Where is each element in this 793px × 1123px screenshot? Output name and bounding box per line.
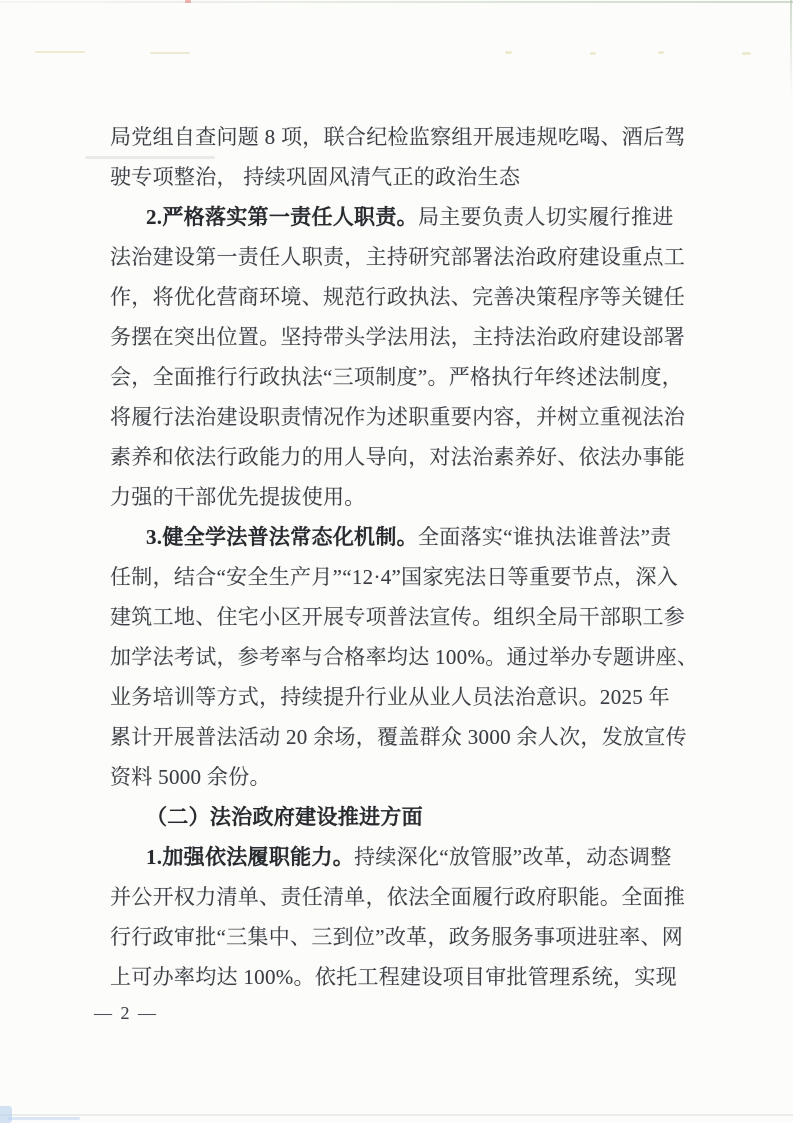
text-line: 务摆在突出位置。坚持带头学法用法，主持法治政府建设部署 [110,317,688,357]
scan-artifact-smudge [658,51,664,54]
text-line: 力强的干部优先提拔使用。 [110,477,688,517]
section-heading: （二）法治政府建设推进方面 [110,797,688,837]
text-line: 并公开权力清单、责任清单，依法全面履行政府职能。全面推 [110,877,688,917]
text-line: 资料 5000 余份。 [110,757,688,797]
scan-artifact-smudge [742,52,751,55]
line-regular-text: 资料 5000 余份。 [110,765,271,789]
paragraph-start-line: 1.加强依法履职能力。持续深化“放管服”改革，动态调整 [110,837,688,877]
line-regular-text: 建筑工地、住宅小区开展专项普法宣传。组织全局干部职工参 [110,605,685,629]
line-regular-text: 行行政审批“三集中、三到位”改革，政务服务事项进驻率、网 [110,925,683,949]
text-line: 上可办率均达 100%。依托工程建设项目审批管理系统，实现 [110,957,688,997]
scan-artifact-smudge [505,51,512,54]
line-bold-text: （二）法治政府建设推进方面 [146,805,423,829]
text-line: 行行政审批“三集中、三到位”改革，政务服务事项进驻率、网 [110,917,688,957]
line-regular-text: 局主要负责人切实履行推进 [418,205,674,229]
line-regular-text: 驶专项整治， 持续巩固风清气正的政治生态 [110,165,520,189]
scan-artifact-blue-mark [8,1117,80,1120]
scan-artifact-right-edge [790,0,792,95]
text-line: 驶专项整治， 持续巩固风清气正的政治生态 [110,157,688,197]
text-line: 会，全面推行行政执法“三项制度”。严格执行年终述法制度， [110,357,688,397]
line-regular-text: 法治建设第一责任人职责，主持研究部署法治政府建设重点工 [110,245,685,269]
text-line: 法治建设第一责任人职责，主持研究部署法治政府建设重点工 [110,237,688,277]
line-regular-text: 业务培训等方式，持续提升行业从业人员法治意识。2025 年 [110,685,670,709]
scan-artifact-smudge [590,52,596,55]
line-regular-text: 并公开权力清单、责任清单，依法全面履行政府职能。全面推 [110,885,685,909]
scan-artifact-smudge [35,51,85,53]
text-line: 任制，结合“安全生产月”“12·4”国家宪法日等重要节点，深入 [110,557,688,597]
line-regular-text: 素养和依法行政能力的用人导向，对法治素养好、依法办事能 [110,445,685,469]
text-line: 建筑工地、住宅小区开展专项普法宣传。组织全局干部职工参 [110,597,688,637]
line-regular-text: 力强的干部优先提拔使用。 [110,485,366,509]
page-number: — 2 — [94,998,158,1028]
line-regular-text: 累计开展普法活动 20 余场，覆盖群众 3000 余人次，发放宣传 [110,725,687,749]
line-bold-text: 1.加强依法履职能力。 [146,845,354,869]
line-regular-text: 会，全面推行行政执法“三项制度”。严格执行年终述法制度， [110,365,683,389]
line-regular-text: 局党组自查问题 8 项，联合纪检监察组开展违规吃喝、酒后驾 [110,125,686,149]
scan-artifact-bottom-edge [0,1114,793,1116]
scan-artifact-blue-mark [0,1106,12,1123]
text-line: 业务培训等方式，持续提升行业从业人员法治意识。2025 年 [110,677,688,717]
line-regular-text: 上可办率均达 100%。依托工程建设项目审批管理系统，实现 [110,965,677,989]
line-bold-text: 2.严格落实第一责任人职责。 [146,205,418,229]
line-bold-text: 3.健全学法普法常态化机制。 [146,525,418,549]
line-regular-text: 任制，结合“安全生产月”“12·4”国家宪法日等重要节点，深入 [110,565,678,589]
text-line: 将履行法治建设职责情况作为述职重要内容，并树立重视法治 [110,397,688,437]
scan-artifact-smudge [150,52,190,54]
line-regular-text: 持续深化“放管服”改革，动态调整 [354,845,671,869]
line-regular-text: 将履行法治建设职责情况作为述职重要内容，并树立重视法治 [110,405,685,429]
document-body: 局党组自查问题 8 项，联合纪检监察组开展违规吃喝、酒后驾 驶专项整治， 持续巩… [110,117,688,997]
scan-artifact-red-tick [185,0,191,3]
line-regular-text: 作，将优化营商环境、规范行政执法、完善决策程序等关键任 [110,285,685,309]
text-line: 局党组自查问题 8 项，联合纪检监察组开展违规吃喝、酒后驾 [110,117,688,157]
line-regular-text: 全面落实“谁执法谁普法”责 [418,525,672,549]
text-line: 累计开展普法活动 20 余场，覆盖群众 3000 余人次，发放宣传 [110,717,688,757]
document-page: 局党组自查问题 8 项，联合纪检监察组开展违规吃喝、酒后驾 驶专项整治， 持续巩… [0,0,793,1123]
scan-artifact-top-edge [0,1,793,3]
text-line: 加学法考试，参考率与合格率均达 100%。通过举办专题讲座、 [110,637,688,677]
line-regular-text: 加学法考试，参考率与合格率均达 100%。通过举办专题讲座、 [110,645,698,669]
paragraph-start-line: 2.严格落实第一责任人职责。局主要负责人切实履行推进 [110,197,688,237]
paragraph-start-line: 3.健全学法普法常态化机制。全面落实“谁执法谁普法”责 [110,517,688,557]
line-regular-text: 务摆在突出位置。坚持带头学法用法，主持法治政府建设部署 [110,325,685,349]
text-line: 作，将优化营商环境、规范行政执法、完善决策程序等关键任 [110,277,688,317]
text-line: 素养和依法行政能力的用人导向，对法治素养好、依法办事能 [110,437,688,477]
